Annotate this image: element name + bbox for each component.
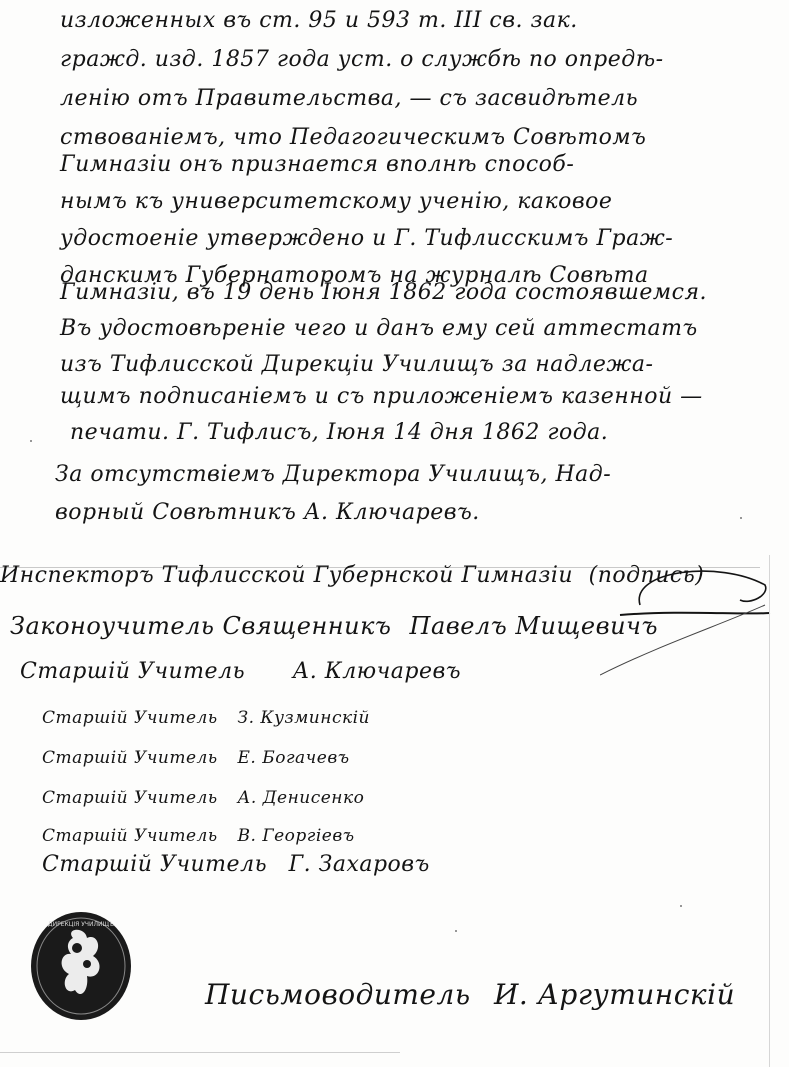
signature-role: Законоучитель Священникъ (10, 612, 391, 640)
document-page: изложенных въ ст. 95 и 593 т. III св. за… (0, 0, 789, 1067)
signature-name: З. Кузминскій (238, 708, 371, 728)
body-line-4: ствованіемъ, что Педагогическимъ Совѣтом… (60, 125, 646, 150)
body-line-5: Гимназіи онъ признается вполнѣ способ- (60, 152, 574, 177)
body-line-2: гражд. изд. 1857 года уст. о службѣ по о… (60, 47, 664, 72)
signature-role: Старшій Учитель (42, 852, 267, 877)
svg-text:ДИРЕКЦІЯ УЧИЛИЩЪ: ДИРЕКЦІЯ УЧИЛИЩЪ (48, 921, 114, 928)
body-line-13: печати. Г. Тифлисъ, Іюня 14 дня 1862 год… (70, 420, 608, 445)
signature-role: Инспекторъ Тифлисской Губернской Гимназі… (0, 563, 573, 588)
paper-speck (740, 517, 742, 519)
body-line-6: нымъ къ университетскому ученію, каковое (60, 189, 612, 214)
signature-name: А. Денисенко (238, 788, 365, 808)
absence-note-line-2: ворный Совѣтникъ А. Ключаревъ. (55, 500, 480, 525)
clerk-signature: Письмоводитель И. Аргутинскій (205, 978, 735, 1011)
signature-role: Старшій Учитель (42, 826, 218, 846)
signature-flourish (600, 565, 780, 685)
page-fold-horizontal (0, 1052, 400, 1053)
paper-speck (680, 905, 682, 907)
body-line-10: Въ удостовѣреніе чего и данъ ему сей атт… (60, 316, 698, 341)
signature-senior-teacher-3: Старшій Учитель Е. Богачевъ (42, 748, 350, 768)
signature-senior-teacher-6: Старшій Учитель Г. Захаровъ (42, 852, 430, 877)
body-line-1: изложенных въ ст. 95 и 593 т. III св. за… (60, 8, 578, 33)
signature-senior-teacher-2: Старшій Учитель З. Кузминскій (42, 708, 370, 728)
clerk-name: И. Аргутинскій (494, 978, 735, 1011)
signature-senior-teacher-5: Старшій Учитель В. Георгіевъ (42, 826, 355, 846)
clerk-role: Письмоводитель (205, 978, 471, 1011)
signature-senior-teacher-4: Старшій Учитель А. Денисенко (42, 788, 364, 808)
body-line-12: щимъ подписаніемъ и съ приложеніемъ казе… (60, 384, 703, 409)
signature-law-teacher: Законоучитель Священникъ Павелъ Мищевичъ (10, 612, 658, 640)
signature-name: А. Ключаревъ (293, 659, 461, 684)
signature-inspector: Инспекторъ Тифлисской Губернской Гимназі… (0, 563, 704, 588)
signature-name: Г. Захаровъ (289, 852, 430, 877)
body-line-11: изъ Тифлисской Дирекціи Училищъ за надле… (60, 352, 653, 377)
signature-role: Старшій Учитель (42, 748, 218, 768)
signature-role: Старшій Учитель (42, 708, 218, 728)
body-line-3: ленію отъ Правительства, — съ засвидѣтел… (60, 86, 638, 111)
body-line-9: Гимназіи, въ 19 день Іюня 1862 года сост… (60, 280, 707, 305)
page-fold-vertical (769, 555, 770, 1067)
signature-role: Старшій Учитель (42, 788, 218, 808)
signature-role: Старшій Учитель (20, 659, 245, 684)
body-line-7: удостоеніе утверждено и Г. Тифлисскимъ Г… (60, 226, 673, 251)
official-seal-icon: ДИРЕКЦІЯ УЧИЛИЩЪ (25, 908, 137, 1024)
paper-speck (455, 930, 457, 932)
paper-speck (30, 440, 32, 442)
absence-note-line-1: За отсутствіемъ Директора Училищъ, Над- (55, 462, 611, 487)
signature-senior-teacher-1: Старшій Учитель А. Ключаревъ (20, 659, 461, 684)
signature-name: В. Георгіевъ (238, 826, 355, 846)
signature-name: Е. Богачевъ (238, 748, 350, 768)
